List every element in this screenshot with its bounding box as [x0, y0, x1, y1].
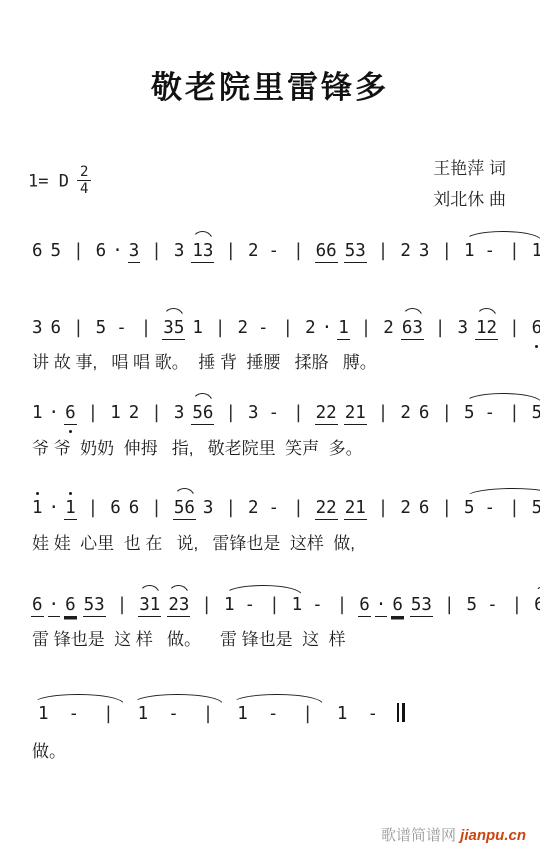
duration-dash: -: [484, 402, 497, 424]
note: 2: [247, 240, 260, 262]
note: 1: [137, 703, 150, 725]
note: 63: [401, 317, 424, 340]
augmentation-dot: ·: [111, 240, 124, 262]
barline: |: [140, 317, 153, 339]
barline: |: [224, 497, 237, 519]
note: 5: [531, 497, 540, 519]
note: 6: [64, 594, 77, 617]
slur-group: 5-|5: [460, 402, 540, 424]
barline: |: [434, 317, 447, 339]
watermark: 歌谱简谱网 jianpu.cn: [381, 824, 526, 845]
notation-line: 1-|1-|1-|1-: [28, 703, 414, 727]
barline: |: [292, 240, 305, 262]
slur-group: 23: [164, 594, 193, 617]
note: 2: [399, 240, 412, 262]
barline: |: [336, 594, 349, 616]
meter-numerator: 2: [77, 165, 91, 181]
final-barline: [397, 703, 405, 722]
note: 1: [31, 402, 44, 424]
note: 5: [463, 402, 476, 424]
barline: |: [360, 317, 373, 339]
watermark-site-name: 歌谱简谱网: [381, 827, 460, 844]
slur-group: 1-|1: [460, 240, 540, 262]
note: 23: [167, 594, 190, 617]
duration-dash: -: [68, 703, 81, 725]
barline: |: [511, 594, 524, 616]
augmentation-dot: ·: [48, 402, 61, 424]
barline: |: [508, 317, 521, 339]
barline: |: [116, 594, 129, 616]
note: 31: [138, 594, 161, 617]
note: 1: [236, 703, 249, 725]
note: 2: [236, 317, 249, 339]
slur-group: 13: [188, 240, 217, 263]
octave-dot-below: [535, 345, 538, 348]
note: 13: [191, 240, 214, 263]
lyricist-credit: 王艳萍 词: [433, 153, 506, 184]
note: 3: [173, 402, 186, 424]
duration-dash: -: [267, 703, 280, 725]
note: 1: [109, 402, 122, 424]
note: 6: [31, 594, 44, 617]
barline: |: [150, 497, 163, 519]
barline: |: [282, 317, 295, 339]
barline: |: [224, 240, 237, 262]
barline: |: [443, 594, 456, 616]
note: 1: [37, 703, 50, 725]
barline: |: [202, 703, 215, 725]
duration-dash: -: [311, 594, 324, 616]
note: 2: [128, 402, 141, 424]
slur-group: 1-|: [227, 703, 327, 725]
slur-group: 31: [135, 594, 164, 617]
note: 22: [315, 497, 338, 520]
note: 1: [337, 317, 350, 340]
note: 1: [336, 703, 349, 725]
song-title: 敬老院里雷锋多: [0, 62, 540, 107]
slur-group: 1-|: [128, 703, 228, 725]
note: 56: [191, 402, 214, 425]
note: 5: [463, 497, 476, 519]
slur-group: 56: [188, 402, 217, 425]
barline: |: [200, 594, 213, 616]
composer-credit: 刘北休 曲: [433, 184, 506, 215]
note: 5: [531, 402, 540, 424]
note: 6: [418, 497, 431, 519]
barline: |: [150, 402, 163, 424]
note: 53: [410, 594, 433, 617]
lyrics-line: 娃 娃 心里 也 在 说, 雷锋也是 这样 做,: [32, 529, 355, 554]
note: 2: [304, 317, 317, 339]
lyrics-line: 讲 故 事, 唱 唱 歌。 捶 背 捶腰 揉胳 膊。: [32, 348, 377, 373]
slur-group: 63: [398, 317, 427, 340]
note: 53: [83, 594, 106, 617]
note: 6: [531, 317, 540, 339]
note: 6: [109, 497, 122, 519]
note: 53: [344, 240, 367, 263]
duration-dash: -: [268, 402, 281, 424]
barline: |: [214, 317, 227, 339]
barline: |: [508, 497, 521, 519]
lyrics-line: 做。: [32, 737, 66, 762]
note: 6: [95, 240, 108, 262]
note: 1: [223, 594, 236, 616]
barline: |: [377, 402, 390, 424]
key-signature: 1= D24: [28, 166, 91, 197]
duration-dash: -: [244, 594, 257, 616]
augmentation-dot: ·: [321, 317, 334, 339]
sheet-music-page: 敬老院里雷锋多 1= D24 王艳萍 词 刘北休 曲 65|6·3|313|2-…: [0, 0, 540, 850]
augmentation-dot: ·: [375, 594, 388, 617]
barline: |: [292, 497, 305, 519]
barline: |: [268, 594, 281, 616]
lyrics-line: 雷 锋也是 这 样 做。 雷 锋也是 这 样: [32, 625, 346, 650]
credits: 王艳萍 词 刘北休 曲: [433, 153, 506, 215]
slur-group: 1-|1: [220, 594, 306, 616]
notation-line: 65|6·3|313|2-|6653|23|1-|1-)|: [28, 240, 540, 264]
meter-denominator: 4: [77, 181, 91, 196]
note: 2: [247, 497, 260, 519]
note: 6: [50, 317, 63, 339]
duration-dash: -: [257, 317, 270, 339]
slur-group: 12: [472, 317, 501, 340]
duration-dash: -: [486, 594, 499, 616]
lyrics-line: 爷 爷 奶奶 伸拇 指, 敬老院里 笑声 多。: [32, 434, 363, 459]
barline: |: [440, 497, 453, 519]
barline: |: [224, 402, 237, 424]
note: 12: [475, 317, 498, 340]
watermark-site-url: jianpu.cn: [460, 827, 526, 844]
note: 6: [418, 402, 431, 424]
note: 5: [95, 317, 108, 339]
note: 2: [399, 402, 412, 424]
key-text: 1= D: [28, 172, 69, 192]
barline: |: [87, 497, 100, 519]
note: 1: [531, 240, 540, 262]
note: 1: [191, 317, 204, 339]
duration-dash: -: [268, 497, 281, 519]
note: 21: [344, 497, 367, 520]
slur-group: 35: [159, 317, 188, 340]
note: 2: [399, 497, 412, 519]
notation-line: 1·1|66|563|2-|2221|26|5-|53|: [28, 497, 540, 521]
note: 6: [31, 240, 44, 262]
barline: |: [102, 703, 115, 725]
barline: |: [292, 402, 305, 424]
barline: |: [377, 240, 390, 262]
augmentation-dot: ·: [48, 497, 61, 519]
note: 3: [31, 317, 44, 339]
note: 3: [247, 402, 260, 424]
barline: |: [72, 317, 85, 339]
note: 3: [202, 497, 215, 519]
barline: |: [72, 240, 85, 262]
time-signature: 24: [77, 165, 91, 196]
note: 3: [418, 240, 431, 262]
barline: |: [87, 402, 100, 424]
slur-group: 5-|53: [460, 497, 540, 519]
duration-dash: -: [366, 703, 379, 725]
note: 56: [173, 497, 196, 520]
slur-group: 1-|: [28, 703, 128, 725]
note: 3: [128, 240, 141, 263]
slur-group: 67: [530, 594, 540, 616]
notation-line: 1·6|12|356|3-|2221|26|5-|5-|: [28, 402, 540, 426]
note: 21: [344, 402, 367, 425]
note: 6: [64, 402, 77, 425]
duration-dash: -: [484, 497, 497, 519]
barline: |: [508, 240, 521, 262]
note: 6: [391, 594, 404, 617]
barline: |: [440, 240, 453, 262]
barline: |: [150, 240, 163, 262]
note: 35: [162, 317, 185, 340]
note: 1: [463, 240, 476, 262]
duration-dash: -: [167, 703, 180, 725]
barline: |: [440, 402, 453, 424]
octave-dot-above: [69, 492, 72, 495]
barline: |: [377, 497, 390, 519]
note: 3: [173, 240, 186, 262]
note: 1: [31, 497, 44, 519]
notation-line: 36|5-|351|2-|2·1|263|312|6-|: [28, 317, 540, 341]
note: 1: [291, 594, 304, 616]
note: 66: [315, 240, 338, 263]
note: 6: [533, 594, 540, 616]
note: 5: [466, 594, 479, 616]
note: 6: [358, 594, 371, 617]
octave-dot-above: [36, 492, 39, 495]
augmentation-dot: ·: [48, 594, 61, 617]
note: 2: [382, 317, 395, 339]
duration-dash: -: [115, 317, 128, 339]
octave-dot-below: [69, 430, 72, 433]
note: 3: [456, 317, 469, 339]
barline: |: [301, 703, 314, 725]
duration-dash: -: [268, 240, 281, 262]
slur-group: 56: [170, 497, 199, 520]
note: 22: [315, 402, 338, 425]
note: 5: [50, 240, 63, 262]
note: 1: [64, 497, 77, 520]
note: 6: [128, 497, 141, 519]
duration-dash: -: [484, 240, 497, 262]
notation-line: 6·653|3123|1-|1-|6·653|5-|67v|: [28, 594, 540, 618]
barline: |: [508, 402, 521, 424]
